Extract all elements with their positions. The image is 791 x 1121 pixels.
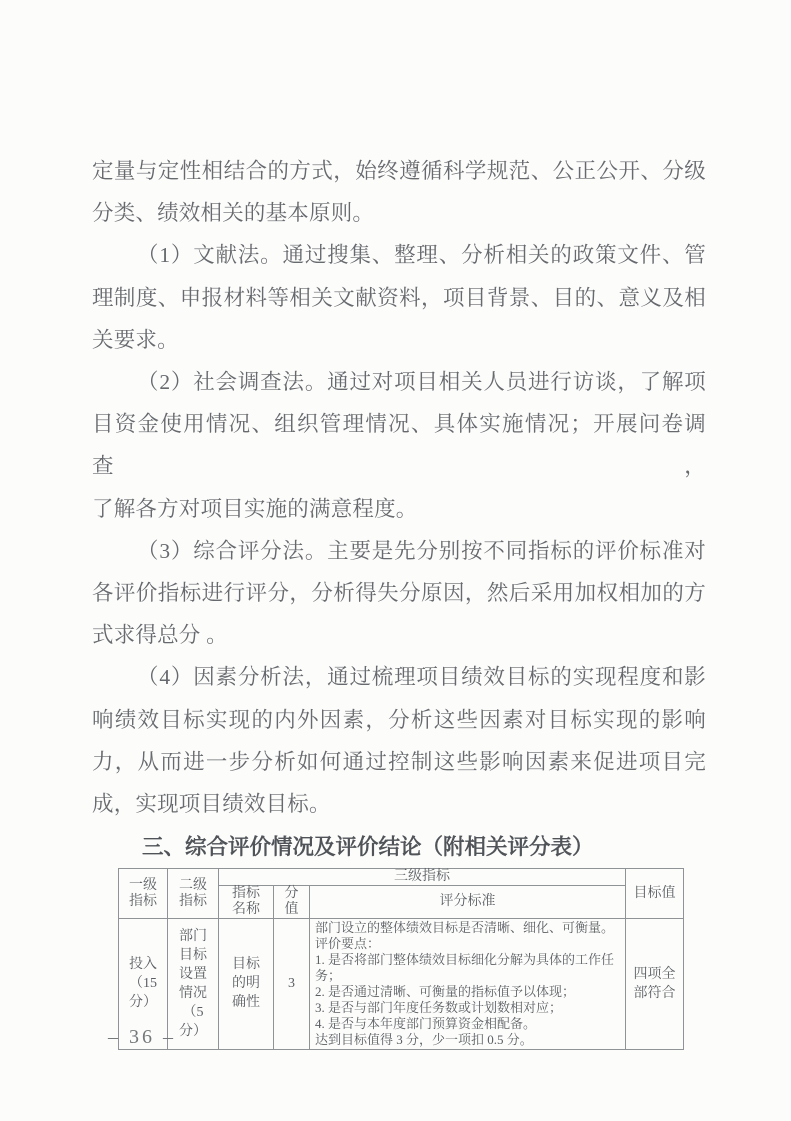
header-score-value: 分 值 [274, 885, 310, 918]
cell-score-value: 3 [274, 918, 310, 1049]
evaluation-score-table: 一级 指标 二级 指标 三级指标 目标值 指标 名称 分 值 评分标准 投入 （… [118, 868, 684, 1050]
criteria-line: 3. 是否与部门年度任务数或计划数相对应； [315, 1000, 622, 1016]
text-line: 力，从而进一步分析如何通过控制这些影响因素来促进项目完 [92, 741, 706, 783]
text-line: （1）文献法。通过搜集、整理、分析相关的政策文件、管 [92, 234, 706, 276]
header-level1-indicator: 一级 指标 [119, 869, 168, 919]
cell-target-value: 四项全 部符合 [626, 918, 684, 1049]
header-target-value: 目标值 [626, 869, 684, 919]
criteria-line: 部门设立的整体绩效目标是否清晰、细化、可衡量。 [315, 920, 622, 936]
cell-indicator-name: 目标 的明 确性 [219, 918, 274, 1049]
text-line: 成，实现项目绩效目标。 [92, 783, 706, 825]
document-page: 定量与定性相结合的方式，始终遵循科学规范、公正公开、分级 分类、绩效相关的基本原… [0, 0, 791, 1121]
criteria-line: 2. 是否通过清晰、可衡量的指标值予以体现； [315, 984, 622, 1000]
criteria-line: 达到目标值得 3 分，少一项扣 0.5 分。 [315, 1032, 622, 1048]
text-line: 关要求。 [92, 319, 706, 361]
cell-scoring-standard: 部门设立的整体绩效目标是否清晰、细化、可衡量。 评价要点： 1. 是否将部门整体… [310, 918, 626, 1049]
section-heading: 三、综合评价情况及评价结论（附相关评分表） [142, 833, 706, 861]
header-indicator-name: 指标 名称 [219, 885, 274, 918]
header-level3-group: 三级指标 [219, 869, 626, 886]
text-line: 分类、绩效相关的基本原则。 [92, 192, 706, 234]
content-area: 定量与定性相结合的方式，始终遵循科学规范、公正公开、分级 分类、绩效相关的基本原… [92, 0, 706, 1050]
text-line: （4）因素分析法，通过梳理项目绩效目标的实现程度和影 [92, 656, 706, 698]
header-level2-indicator: 二级 指标 [168, 869, 219, 919]
criteria-line: 评价要点： [315, 936, 622, 952]
text-line: （2）社会调查法。通过对项目相关人员进行访谈，了解项 [92, 361, 706, 403]
criteria-line: 1. 是否将部门整体绩效目标细化分解为具体的工作任务； [315, 952, 622, 984]
text-line: 了解各方对项目实施的满意程度。 [92, 488, 706, 530]
text-line: 目资金使用情况、组织管理情况、具体实施情况；开展问卷调查， [92, 403, 706, 487]
header-scoring-standard: 评分标准 [310, 885, 626, 918]
text-line: （3）综合评分法。主要是先分别按不同指标的评价标准对 [92, 530, 706, 572]
body-text: 定量与定性相结合的方式，始终遵循科学规范、公正公开、分级 分类、绩效相关的基本原… [92, 150, 706, 825]
text-line: 理制度、申报材料等相关文献资料，项目背景、目的、意义及相 [92, 277, 706, 319]
text-line: 定量与定性相结合的方式，始终遵循科学规范、公正公开、分级 [92, 150, 706, 192]
text-line: 式求得总分 。 [92, 614, 706, 656]
text-line: 各评价指标进行评分，分析得失分原因，然后采用加权相加的方 [92, 572, 706, 614]
table-row: 投入 （15 分） 部门 目标 设置 情况 （5 分） 目标 的明 确性 3 部… [119, 918, 684, 1049]
criteria-line: 4. 是否与本年度部门预算资金相配备。 [315, 1016, 622, 1032]
page-number: – 36 – [108, 1026, 176, 1049]
text-line: 响绩效目标实现的内外因素，分析这些因素对目标实现的影响 [92, 699, 706, 741]
